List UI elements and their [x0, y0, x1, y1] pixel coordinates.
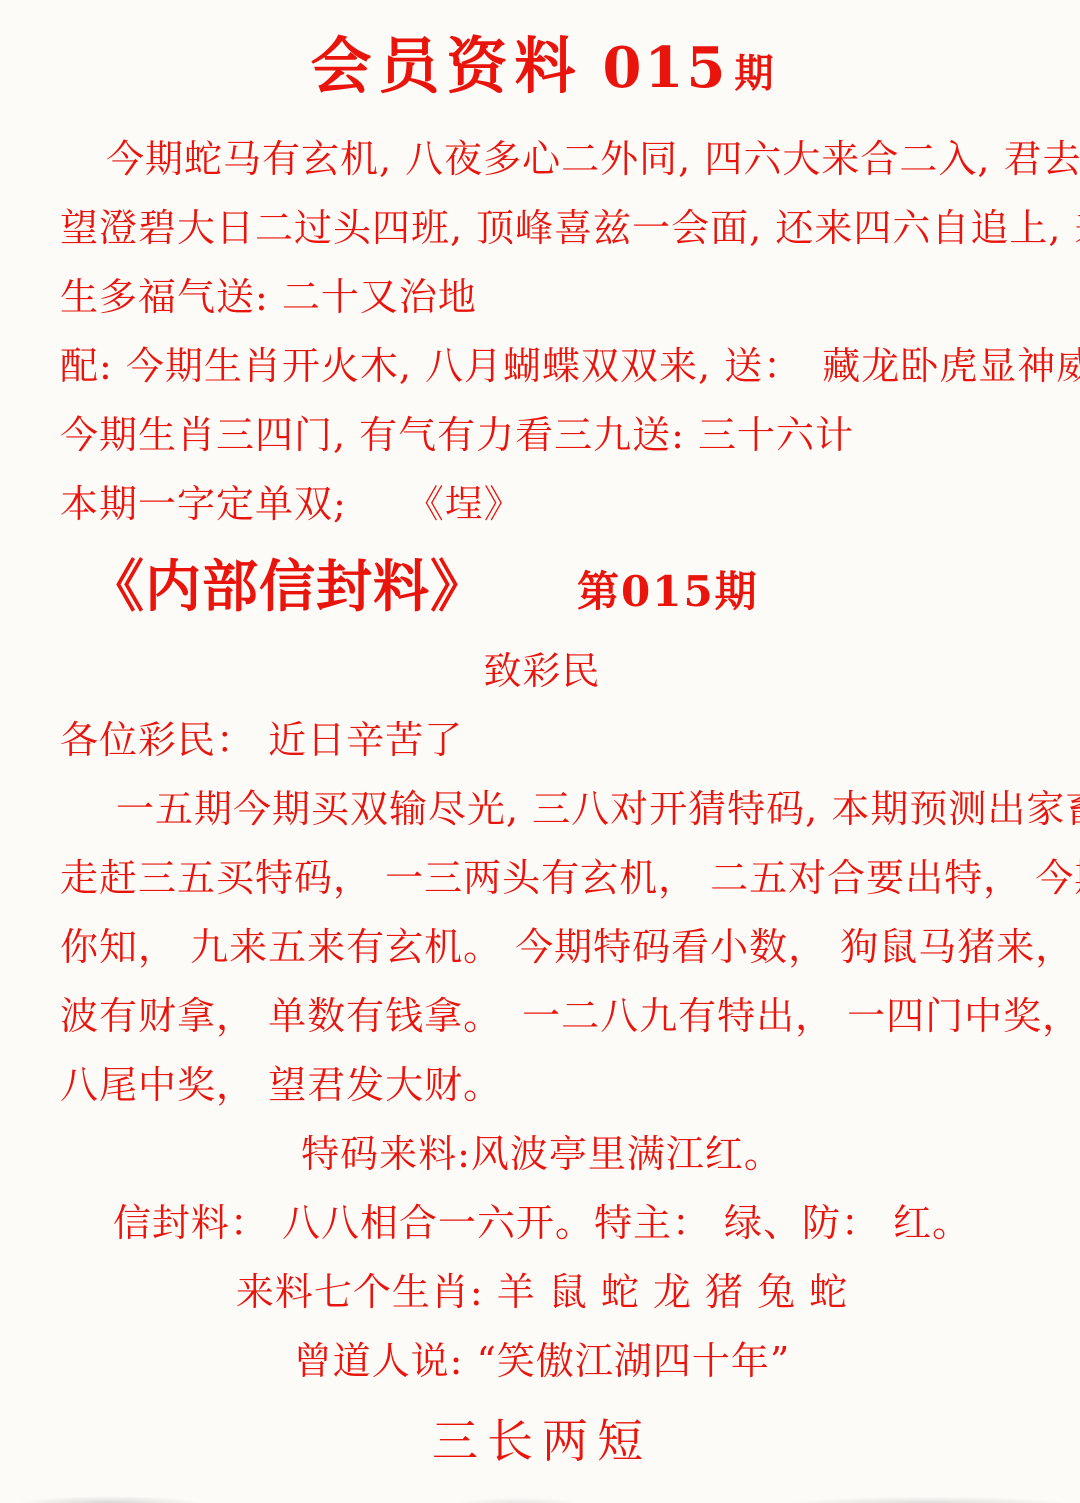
- lottery-tip-sheet: 会员资料015期 今期蛇马有玄机, 八夜多心二外同, 四六大来合二入, 君去沧江…: [0, 0, 1080, 1503]
- envelope-heading: 《内部信封料》 第015期: [88, 543, 1024, 637]
- letter-section: 致彩民 各位彩民： 近日辛苦了 一五期今期买双输尽光, 三八对开猜特码, 本期预…: [60, 637, 1024, 1120]
- member-tip-line: 望澄碧大日二过头四班, 顶峰喜兹一会面, 还来四六自追上, 来谈八: [60, 194, 1024, 263]
- letter-body-line: 波有财拿， 单数有钱拿。 一二八九有特出， 一四门中奖， 一三六: [60, 982, 1024, 1051]
- letter-body-line: 走赶三五买特码， 一三两头有玄机， 二五对合要出特， 今期道人话: [60, 844, 1024, 913]
- member-tip-line: 本期一字定单双; 《埕》: [60, 470, 1024, 539]
- letter-body-line: 八尾中奖， 望君发大财。: [60, 1051, 1024, 1120]
- envelope-hint-line: 信封料： 八八相合一六开。特主： 绿、防： 红。: [60, 1189, 1024, 1258]
- master-quote-line: 曾道人说: “笑傲江湖四十年”: [60, 1327, 1024, 1396]
- predictions-footer: 特码来料:风波亭里满江红。 信封料： 八八相合一六开。特主： 绿、防： 红。 来…: [60, 1120, 1024, 1486]
- letter-body-line: 一五期今期买双输尽光, 三八对开猜特码, 本期预测出家畜,: [60, 775, 1024, 844]
- issue-label: 期: [734, 51, 773, 97]
- page-title-text: 会员资料: [311, 31, 583, 102]
- final-phrase: 三长两短: [60, 1396, 1024, 1486]
- member-tip-line: 今期生肖三四门, 有气有力看三九送: 三十六计: [60, 401, 1024, 470]
- member-tips-section: 今期蛇马有玄机, 八夜多心二外同, 四六大来合二入, 君去沧江 望澄碧大日二过头…: [60, 125, 1024, 539]
- envelope-issue: 第015期: [577, 559, 759, 619]
- issue-number: 015: [603, 35, 729, 101]
- page-title: 会员资料015期: [60, 18, 1024, 105]
- special-code-line: 特码来料:风波亭里满江红。: [60, 1120, 1024, 1189]
- envelope-title: 《内部信封料》: [88, 543, 487, 623]
- letter-greeting: 各位彩民： 近日辛苦了: [60, 706, 1024, 775]
- member-tip-line: 今期蛇马有玄机, 八夜多心二外同, 四六大来合二入, 君去沧江: [60, 125, 1024, 194]
- member-tip-line: 生多福气送: 二十又治地: [60, 263, 1024, 332]
- zodiac-picks-line: 来料七个生肖: 羊 鼠 蛇 龙 猪 兔 蛇: [60, 1258, 1024, 1327]
- letter-salutation: 致彩民: [60, 637, 1024, 706]
- member-tip-line: 配: 今期生肖开火木, 八月蝴蝶双双来, 送： 藏龙卧虎显神威: [60, 332, 1024, 401]
- letter-body-line: 你知， 九来五来有玄机。 今期特码看小数， 狗鼠马猪来， 红绿两: [60, 913, 1024, 982]
